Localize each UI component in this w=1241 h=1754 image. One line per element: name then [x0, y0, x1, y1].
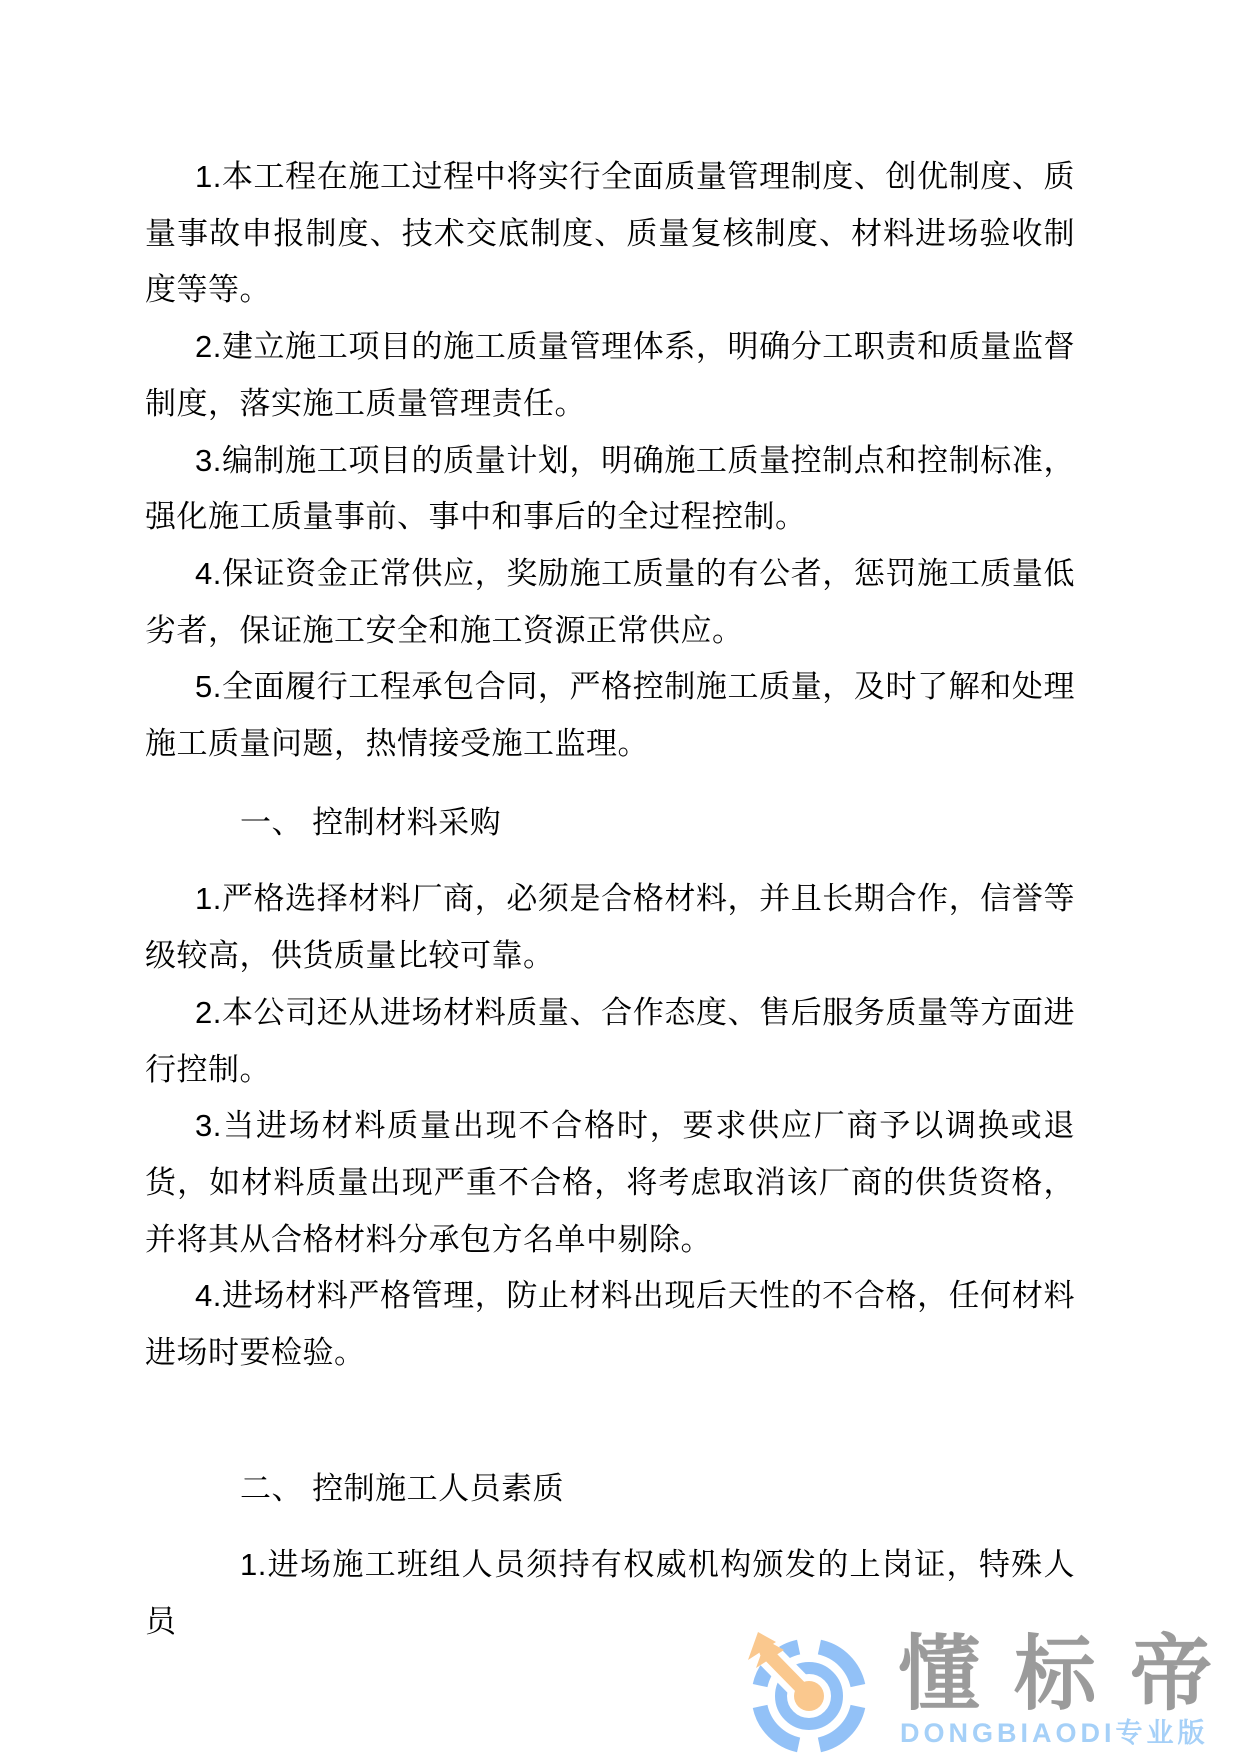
brand-name: 懂标帝: [898, 1634, 1241, 1716]
paragraph: 3.编制施工项目的质量计划，明确施工质量控制点和控制标准，强化施工质量事前、事中…: [145, 433, 1075, 546]
paragraph: 3.当进场材料质量出现不合格时，要求供应厂商予以调换或退货，如材料质量出现严重不…: [145, 1098, 1075, 1268]
paragraph-spacer: [145, 1382, 1075, 1439]
paragraph: 1.严格选择材料厂商，必须是合格材料，并且长期合作，信誉等级较高，供货质量比较可…: [145, 871, 1075, 984]
document-content: 1.本工程在施工过程中将实行全面质量管理制度、创优制度、质量事故申报制度、技术交…: [145, 149, 1075, 1651]
section-heading: 一、 控制材料采购: [145, 795, 1075, 852]
page-root: 1.本工程在施工过程中将实行全面质量管理制度、创优制度、质量事故申报制度、技术交…: [0, 0, 1241, 1754]
paragraph: 2.建立施工项目的施工质量管理体系，明确分工职责和质量监督制度，落实施工质量管理…: [145, 319, 1075, 432]
watermark: 懂标帝 DONGBIAODI专业版: [740, 1622, 1241, 1754]
paragraph: 4.保证资金正常供应，奖励施工质量的有公者，惩罚施工质量低劣者，保证施工安全和施…: [145, 546, 1075, 659]
section-heading: 二、 控制施工人员素质: [145, 1461, 1075, 1518]
paragraph: 1.本工程在施工过程中将实行全面质量管理制度、创优制度、质量事故申报制度、技术交…: [145, 149, 1075, 319]
target-arrow-icon: [746, 1630, 872, 1754]
brand-subtitle: DONGBIAODI专业版: [900, 1720, 1209, 1747]
paragraph: 4.进场材料严格管理，防止材料出现后天性的不合格，任何材料进场时要检验。: [145, 1268, 1075, 1381]
paragraph: 2.本公司还从进场材料质量、合作态度、售后服务质量等方面进行控制。: [145, 985, 1075, 1098]
paragraph: 5.全面履行工程承包合同，严格控制施工质量，及时了解和处理施工质量问题，热情接受…: [145, 659, 1075, 772]
